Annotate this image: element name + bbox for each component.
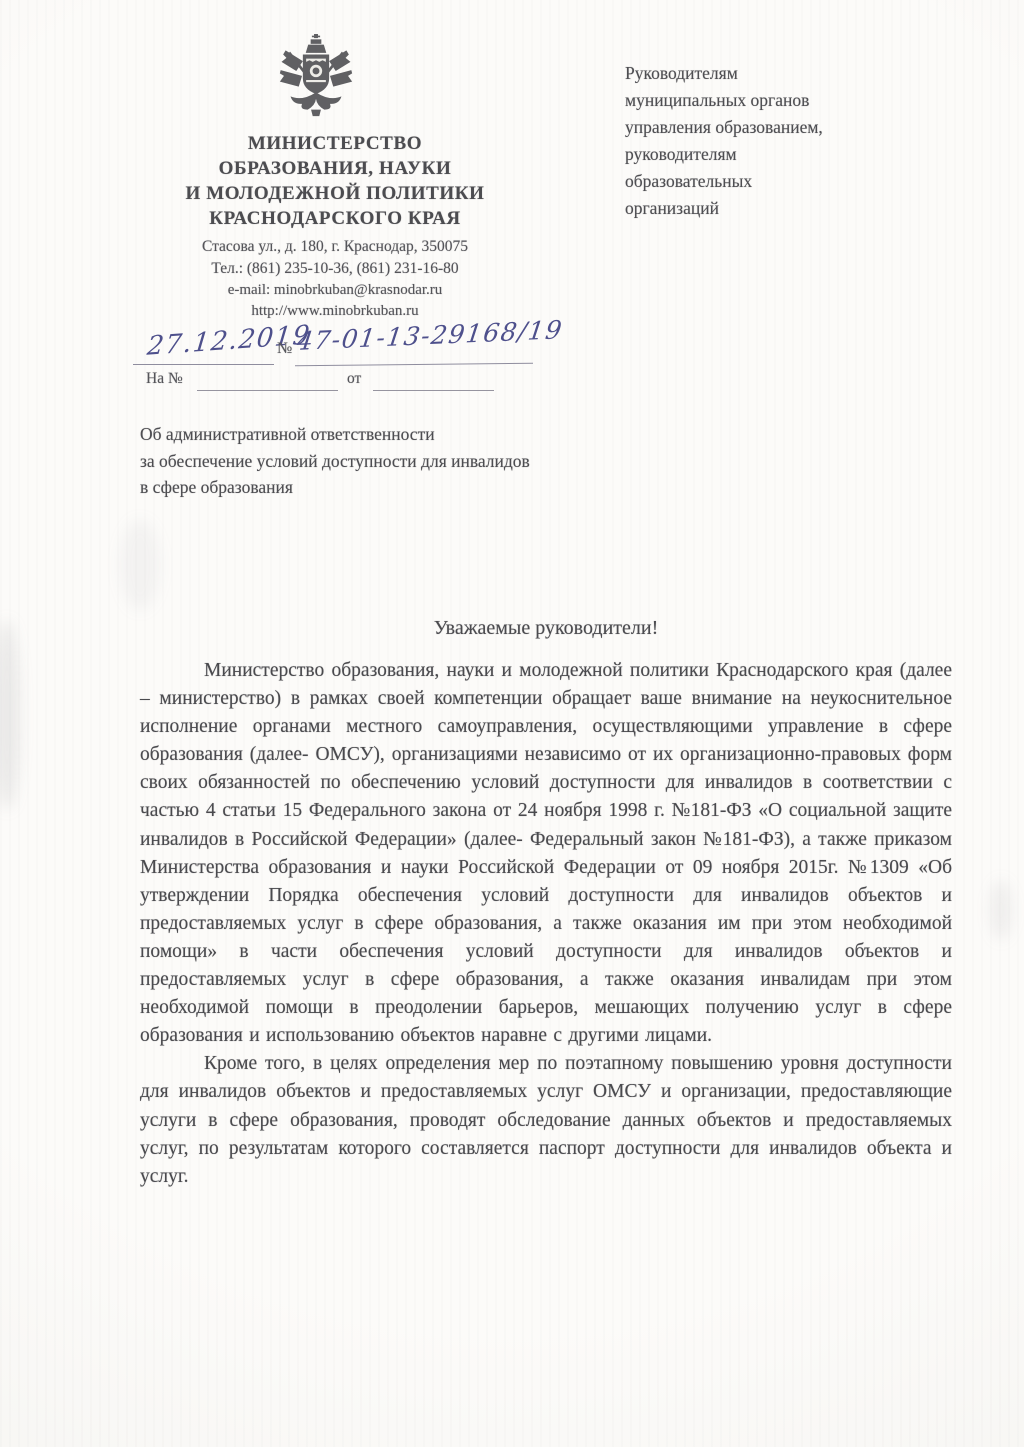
subject-line: Об административной ответственности: [140, 421, 740, 448]
recipient-line: муниципальных органов: [625, 87, 925, 114]
reply-to-number-label: На №: [146, 370, 183, 388]
scan-smudge: [990, 880, 1012, 940]
scanned-letter-page: { "colors": { "paper": "#fcfbf9", "ink":…: [0, 0, 1024, 1447]
ministry-name-line: ОБРАЗОВАНИЯ, НАУКИ: [105, 156, 565, 181]
ministry-name-block: МИНИСТЕРСТВО ОБРАЗОВАНИЯ, НАУКИ И МОЛОДЕ…: [105, 131, 565, 231]
ministry-name-line: КРАСНОДАРСКОГО КРАЯ: [105, 206, 565, 231]
date-underline: [133, 364, 274, 365]
street-address: Стасова ул., д. 180, г. Краснодар, 35007…: [105, 236, 565, 258]
ministry-name-line: МИНИСТЕРСТВО: [105, 131, 565, 156]
reply-number-blank-line: [197, 390, 338, 391]
reply-date-blank-line: [373, 390, 494, 391]
phone-numbers: Тел.: (861) 235-10-36, (861) 231-16-80: [105, 258, 565, 280]
recipient-block: Руководителям муниципальных органов упра…: [625, 60, 925, 222]
letterhead-contact-block: Стасова ул., д. 180, г. Краснодар, 35007…: [105, 236, 565, 322]
letter-body: Министерство образования, науки и молоде…: [140, 657, 952, 1191]
subject-block: Об административной ответственности за о…: [140, 421, 740, 501]
recipient-line: руководителям: [625, 141, 925, 168]
body-paragraph: Кроме того, в целях определения мер по п…: [140, 1050, 952, 1190]
number-sign-label: №: [277, 340, 292, 358]
subject-line: в сфере образования: [140, 474, 740, 501]
body-paragraph: Министерство образования, науки и молоде…: [140, 657, 952, 1050]
recipient-line: Руководителям: [625, 60, 925, 87]
recipient-line: управления образованием,: [625, 114, 925, 141]
coat-of-arms-icon: [274, 34, 358, 126]
scan-smudge: [120, 520, 160, 610]
number-underline: [295, 363, 533, 366]
recipient-line: организаций: [625, 195, 925, 222]
salutation: Уважаемые руководители!: [140, 617, 952, 640]
reply-from-label: от: [347, 370, 361, 388]
ministry-name-line: И МОЛОДЕЖНОЙ ПОЛИТИКИ: [105, 181, 565, 206]
scan-smudge: [0, 620, 20, 810]
subject-line: за обеспечение условий доступности для и…: [140, 448, 740, 475]
recipient-line: образовательных: [625, 168, 925, 195]
email-address: e-mail: minobrkuban@krasnodar.ru: [105, 280, 565, 301]
